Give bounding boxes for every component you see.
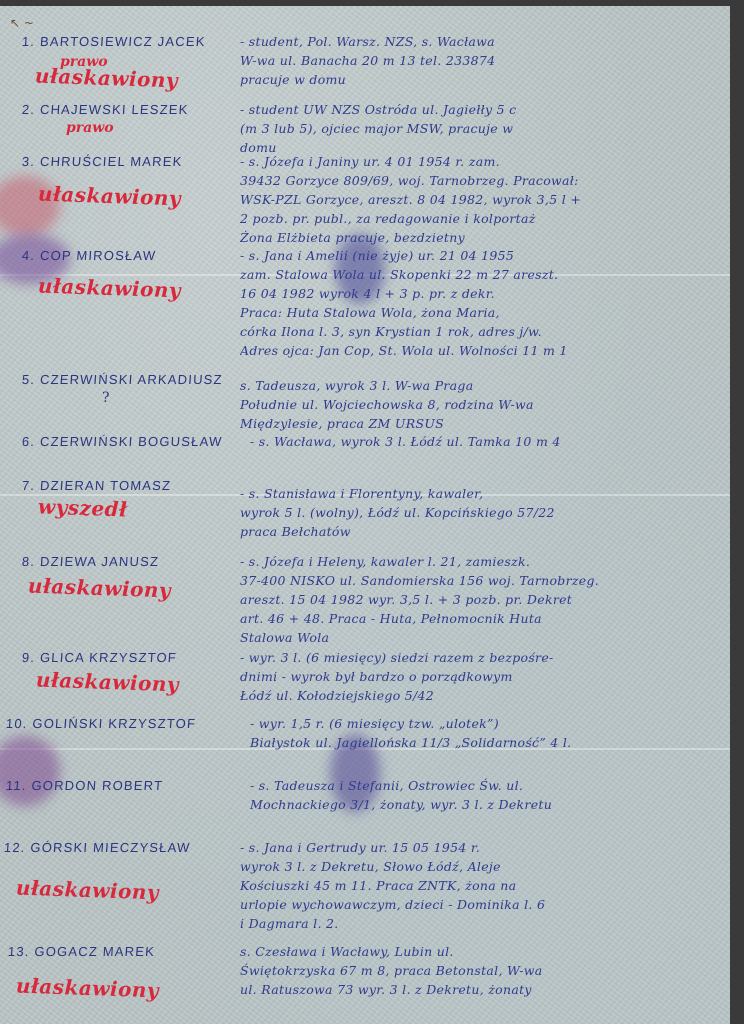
entry-description: - s. Tadeusza i Stefanii, Ostrowiec Św. …: [250, 776, 740, 814]
status-annotation: ułaskawiony: [38, 182, 182, 211]
status-annotation: ?: [102, 390, 110, 406]
entry-name: 13. GOGACZ MAREK: [7, 944, 155, 959]
entry-description: - s. Józefa i Janiny ur. 4 01 1954 r. za…: [240, 152, 730, 247]
entry-name: 6. CZERWIŃSKI BOGUSŁAW: [21, 434, 223, 449]
entry-description: s. Tadeusza, wyrok 3 l. W-wa Praga Połud…: [240, 376, 730, 433]
entry-name: 4. COP MIROSŁAW: [21, 248, 156, 263]
status-annotation: ułaskawiony: [35, 64, 179, 93]
entry-name: 10. GOLIŃSKI KRZYSZTOF: [5, 716, 196, 731]
entry-description: - s. Wacława, wyrok 3 l. Łódź ul. Tamka …: [250, 432, 740, 451]
entry-description: - wyr. 3 l. (6 miesięcy) siedzi razem z …: [240, 648, 730, 705]
status-annotation: ułaskawiony: [36, 668, 180, 697]
entry-description: - student UW NZS Ostróda ul. Jagiełły 5 …: [240, 100, 730, 157]
status-annotation: ułaskawiony: [28, 574, 172, 603]
status-annotation: wyszedł: [38, 494, 128, 521]
entry-name: 7. DZIERAN TOMASZ: [21, 478, 171, 493]
entry-name: 9. GLICA KRZYSZTOF: [21, 650, 177, 665]
entry-description: - s. Jana i Gertrudy ur. 15 05 1954 r. w…: [240, 838, 730, 933]
entry-name: 2. CHAJEWSKI LESZEK: [21, 102, 189, 117]
entry-name: 1. BARTOSIEWICZ JACEK: [21, 34, 206, 49]
status-annotation: prawo: [66, 120, 114, 136]
entry-description: s. Czesława i Wacławy, Lubin ul. Świętok…: [240, 942, 730, 999]
ink-smudge: [0, 736, 60, 806]
entry-name: 5. CZERWIŃSKI ARKADIUSZ: [21, 372, 223, 387]
status-annotation: ułaskawiony: [16, 974, 160, 1003]
entry-description: - wyr. 1,5 r. (6 miesięcy tzw. „ulotek”)…: [250, 714, 740, 752]
status-annotation: ułaskawiony: [38, 274, 182, 303]
entry-description: - student, Pol. Warsz. NZS, s. Wacława W…: [240, 32, 730, 89]
entry-name: 8. DZIEWA JANUSZ: [21, 554, 159, 569]
entry-description: - s. Józefa i Heleny, kawaler l. 21, zam…: [240, 552, 730, 647]
entry-description: - s. Stanisława i Florentyny, kawaler, w…: [240, 484, 730, 541]
entry-description: - s. Jana i Amelii (nie żyje) ur. 21 04 …: [240, 246, 730, 360]
entry-name: 12. GÓRSKI MIECZYSŁAW: [3, 840, 191, 855]
entry-name: 3. CHRUŚCIEL MAREK: [21, 154, 183, 169]
corner-mark: ↖ ~: [10, 16, 34, 30]
status-annotation: ułaskawiony: [16, 876, 160, 905]
document-page: ↖ ~ 1. BARTOSIEWICZ JACEK prawo ułaskawi…: [0, 6, 730, 1024]
entry-name: 11. GORDON ROBERT: [5, 778, 163, 793]
